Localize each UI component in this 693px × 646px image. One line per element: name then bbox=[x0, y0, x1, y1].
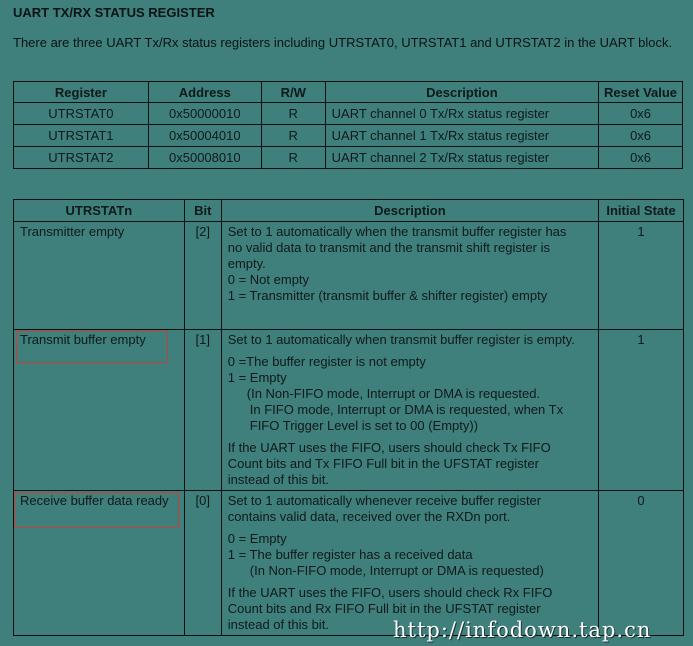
header-bit: Bit bbox=[184, 200, 221, 222]
register-name: UTRSTAT1 bbox=[14, 125, 149, 147]
desc-line: contains valid data, received over the R… bbox=[228, 509, 592, 525]
register-address: 0x50008010 bbox=[148, 147, 261, 169]
desc-line: 1 = The buffer register has a received d… bbox=[228, 547, 592, 563]
header-description: Description bbox=[221, 200, 598, 222]
bit-initial-state: 1 bbox=[599, 330, 684, 491]
bit-name: Transmit buffer empty bbox=[14, 330, 185, 491]
bit-name-text: Transmitter empty bbox=[20, 224, 124, 239]
bit-name: Receive buffer data ready bbox=[14, 491, 185, 636]
header-reset-value: Reset Value bbox=[599, 82, 683, 103]
bit-initial-state: 0 bbox=[599, 491, 684, 636]
header-rw: R/W bbox=[261, 82, 325, 103]
header-utrstatn: UTRSTATn bbox=[14, 200, 185, 222]
table-row: Transmit buffer empty [1] Set to 1 autom… bbox=[14, 330, 684, 491]
document-page: UART TX/RX STATUS REGISTER There are thr… bbox=[0, 0, 693, 646]
header-initial-state: Initial State bbox=[599, 200, 684, 222]
desc-line: empty. bbox=[228, 256, 592, 272]
desc-line: (In Non-FIFO mode, Interrupt or DMA is r… bbox=[228, 563, 592, 579]
header-description: Description bbox=[325, 82, 598, 103]
register-name: UTRSTAT0 bbox=[14, 103, 149, 125]
intro-paragraph: There are three UART Tx/Rx status regist… bbox=[13, 35, 683, 51]
desc-line: Set to 1 automatically when transmit buf… bbox=[228, 332, 592, 348]
register-rw: R bbox=[261, 147, 325, 169]
table-row: UTRSTAT1 0x50004010 R UART channel 1 Tx/… bbox=[14, 125, 683, 147]
table-row: Transmitter empty [2] Set to 1 automatic… bbox=[14, 222, 684, 330]
register-address: 0x50004010 bbox=[148, 125, 261, 147]
bit-name-text: Receive buffer data ready bbox=[20, 493, 169, 508]
header-register: Register bbox=[14, 82, 149, 103]
desc-line: FIFO Trigger Level is set to 00 (Empty)) bbox=[228, 418, 592, 434]
table-row: UTRSTAT2 0x50008010 R UART channel 2 Tx/… bbox=[14, 147, 683, 169]
table-row: UTRSTAT0 0x50000010 R UART channel 0 Tx/… bbox=[14, 103, 683, 125]
bit-initial-state: 1 bbox=[599, 222, 684, 330]
register-description: UART channel 0 Tx/Rx status register bbox=[325, 103, 598, 125]
register-name: UTRSTAT2 bbox=[14, 147, 149, 169]
register-table-header: Register Address R/W Description Reset V… bbox=[14, 82, 683, 103]
register-reset-value: 0x6 bbox=[599, 103, 683, 125]
register-reset-value: 0x6 bbox=[599, 125, 683, 147]
desc-line: If the UART uses the FIFO, users should … bbox=[228, 440, 592, 456]
register-address: 0x50000010 bbox=[148, 103, 261, 125]
register-rw: R bbox=[261, 103, 325, 125]
bit-name: Transmitter empty bbox=[14, 222, 185, 330]
table-row: Receive buffer data ready [0] Set to 1 a… bbox=[14, 491, 684, 636]
desc-line: Set to 1 automatically whenever receive … bbox=[228, 493, 592, 509]
desc-line: 0 = Not empty bbox=[228, 272, 592, 288]
desc-line: no valid data to transmit and the transm… bbox=[228, 240, 592, 256]
desc-line: In FIFO mode, Interrupt or DMA is reques… bbox=[228, 402, 592, 418]
bit-index: [1] bbox=[184, 330, 221, 491]
header-address: Address bbox=[148, 82, 261, 103]
register-table: Register Address R/W Description Reset V… bbox=[13, 81, 683, 169]
register-rw: R bbox=[261, 125, 325, 147]
bit-index: [2] bbox=[184, 222, 221, 330]
desc-line: (In Non-FIFO mode, Interrupt or DMA is r… bbox=[228, 386, 592, 402]
bit-description: Set to 1 automatically when the transmit… bbox=[221, 222, 598, 330]
bit-index: [0] bbox=[184, 491, 221, 636]
bit-description: Set to 1 automatically when transmit buf… bbox=[221, 330, 598, 491]
bit-table: UTRSTATn Bit Description Initial State T… bbox=[13, 199, 684, 636]
bit-description: Set to 1 automatically whenever receive … bbox=[221, 491, 598, 636]
bit-table-header: UTRSTATn Bit Description Initial State bbox=[14, 200, 684, 222]
desc-line: Set to 1 automatically when the transmit… bbox=[228, 224, 592, 240]
bit-name-text: Transmit buffer empty bbox=[20, 332, 146, 347]
register-description: UART channel 2 Tx/Rx status register bbox=[325, 147, 598, 169]
desc-line: instead of this bit. bbox=[228, 472, 592, 488]
watermark-url: http://infodown.tap.cn bbox=[393, 618, 651, 642]
desc-line: 0 =The buffer register is not empty bbox=[228, 354, 592, 370]
desc-line: 1 = Transmitter (transmit buffer & shift… bbox=[228, 288, 592, 304]
desc-line: 1 = Empty bbox=[228, 370, 592, 386]
register-description: UART channel 1 Tx/Rx status register bbox=[325, 125, 598, 147]
desc-line: If the UART uses the FIFO, users should … bbox=[228, 585, 592, 601]
register-reset-value: 0x6 bbox=[599, 147, 683, 169]
desc-line: Count bits and Rx FIFO Full bit in the U… bbox=[228, 601, 592, 617]
section-title: UART TX/RX STATUS REGISTER bbox=[13, 5, 215, 20]
desc-line: 0 = Empty bbox=[228, 531, 592, 547]
desc-line: Count bits and Tx FIFO Full bit in the U… bbox=[228, 456, 592, 472]
